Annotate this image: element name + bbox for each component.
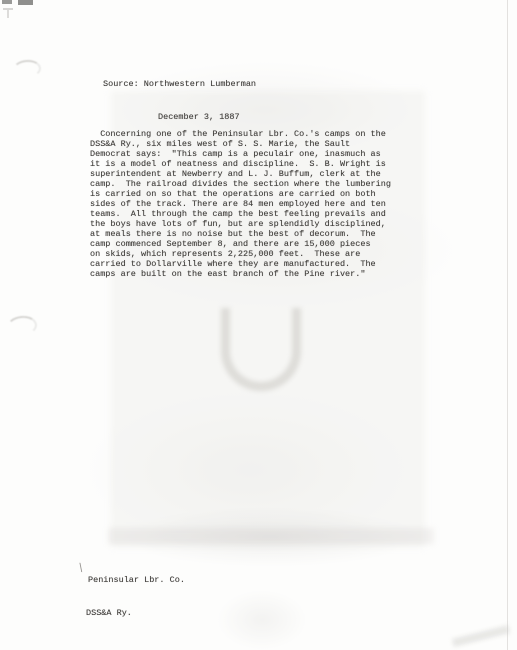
source-date-line: December 3, 1887 xyxy=(158,112,256,123)
article-text: Concerning one of the Peninsular Lbr. Co… xyxy=(90,129,391,279)
u-shaped-scan-artifact xyxy=(221,308,301,391)
source-publication-line: Source: Northwestern Lumberman xyxy=(103,79,256,90)
pencil-arc-mark-lower xyxy=(6,314,38,337)
pencil-arc-mark-upper xyxy=(12,59,41,79)
top-edge-mark-left xyxy=(2,0,12,4)
footer-railway-line: DSS&A Ry. xyxy=(86,608,185,619)
footer-company-line: Peninsular Lbr. Co. xyxy=(88,575,185,586)
handwritten-check-mark: \ xyxy=(78,562,83,573)
bottom-right-smudge xyxy=(452,625,510,647)
scanned-document-page: Source: Northwestern Lumberman December … xyxy=(0,0,517,650)
top-left-t-mark xyxy=(3,8,13,19)
ghost-sheet-bottom-edge xyxy=(108,528,434,544)
footer-subject-block: Peninsular Lbr. Co. DSS&A Ry. xyxy=(88,553,185,641)
page-right-edge-line xyxy=(507,0,508,650)
top-edge-mark-right xyxy=(18,0,33,5)
